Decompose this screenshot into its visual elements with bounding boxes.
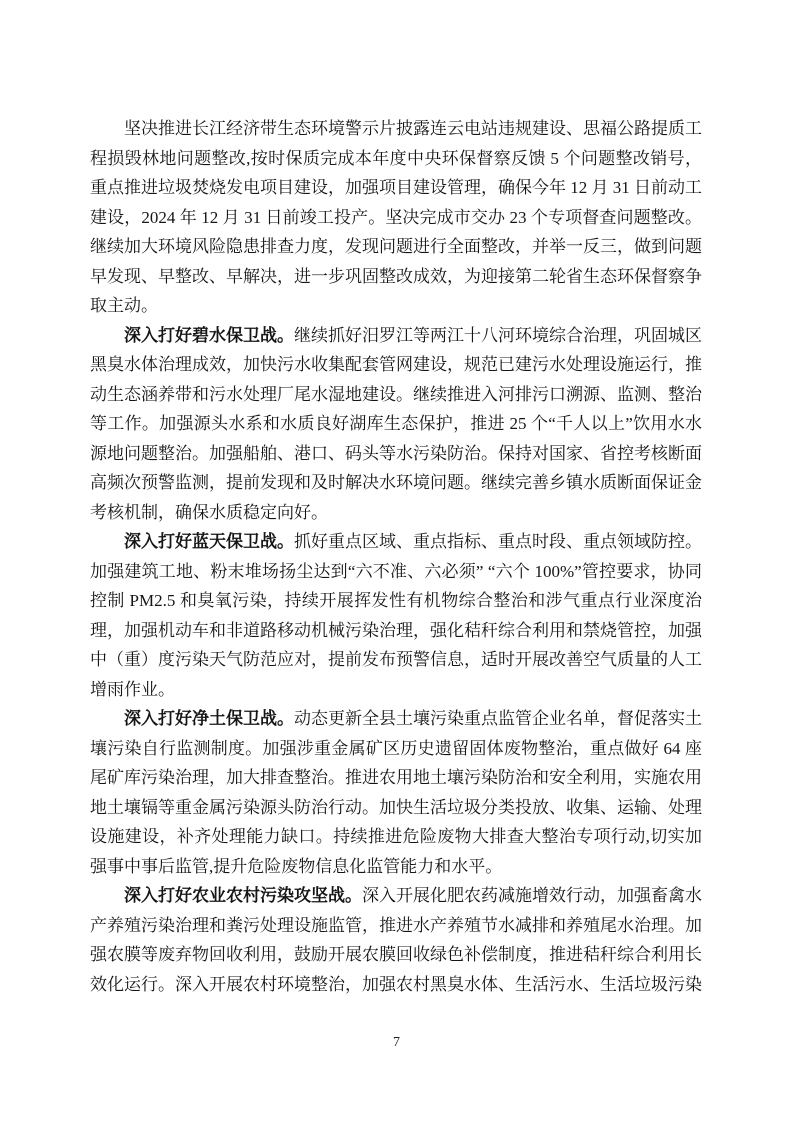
document-body: 坚决推进长江经济带生态环境警示片披露连云电站违规建设、思福公路提质工程损毁林地问… xyxy=(90,114,702,999)
paragraph: 深入打好蓝天保卫战。抓好重点区域、重点指标、重点时段、重点领域防控。加强建筑工地… xyxy=(90,527,702,704)
paragraph-heading: 深入打好碧水保卫战。 xyxy=(124,326,294,345)
paragraph: 深入打好净土保卫战。动态更新全县土壤污染重点监管企业名单，督促落实土壤污染自行监… xyxy=(90,704,702,881)
paragraph-heading: 深入打好净土保卫战。 xyxy=(124,709,294,728)
document-page: 坚决推进长江经济带生态环境警示片披露连云电站违规建设、思福公路提质工程损毁林地问… xyxy=(0,0,793,1122)
paragraph-text: 继续抓好汨罗江等两江十八河环境综合治理，巩固城区黑臭水体治理成效，加快污水收集配… xyxy=(90,326,702,522)
paragraph-text: 抓好重点区域、重点指标、重点时段、重点领域防控。加强建筑工地、粉末堆场扬尘达到“… xyxy=(90,532,702,699)
page-number: 7 xyxy=(393,1035,400,1050)
paragraph: 深入打好农业农村污染攻坚战。深入开展化肥农药减施增效行动，加强畜禽水产养殖污染治… xyxy=(90,881,702,999)
paragraph: 坚决推进长江经济带生态环境警示片披露连云电站违规建设、思福公路提质工程损毁林地问… xyxy=(90,114,702,321)
paragraph: 深入打好碧水保卫战。继续抓好汨罗江等两江十八河环境综合治理，巩固城区黑臭水体治理… xyxy=(90,321,702,528)
paragraph-heading: 深入打好农业农村污染攻坚战。 xyxy=(124,886,362,905)
page-footer: 7 xyxy=(0,1035,793,1051)
paragraph-text: 坚决推进长江经济带生态环境警示片披露连云电站违规建设、思福公路提质工程损毁林地问… xyxy=(90,119,702,315)
paragraph-text: 动态更新全县土壤污染重点监管企业名单，督促落实土壤污染自行监测制度。加强涉重金属… xyxy=(90,709,702,876)
paragraph-heading: 深入打好蓝天保卫战。 xyxy=(124,532,294,551)
